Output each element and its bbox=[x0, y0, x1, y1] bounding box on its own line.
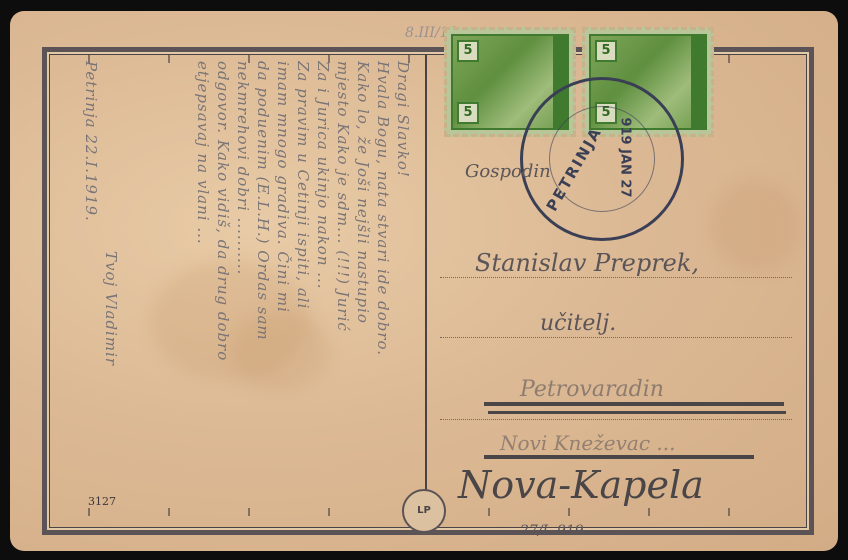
message-line: Za i Jurica ukinjo nakon ... bbox=[314, 61, 332, 290]
strikethrough bbox=[484, 455, 754, 459]
postmark-date: 919 JAN 27 bbox=[618, 117, 633, 197]
address-struck-2: Novi Kneževac ... bbox=[500, 431, 675, 455]
message-line: Za pravim u Cetinji ispiti, ali bbox=[294, 61, 312, 309]
strikethrough bbox=[484, 402, 784, 406]
address-title: učitelj. bbox=[540, 311, 616, 336]
address-name: Stanislav Preprek, bbox=[475, 249, 699, 277]
message-line: etjepsavaj na vlani ... bbox=[194, 61, 212, 245]
message-line: Hvala Bogu, nata stvari ide dobro. bbox=[374, 61, 392, 356]
card-number: 3127 bbox=[88, 495, 116, 508]
center-divider bbox=[425, 55, 427, 515]
address-struck-1: Petrovaradin bbox=[520, 377, 664, 402]
address-line bbox=[440, 277, 792, 278]
signature: Tvoj Vladimir bbox=[102, 251, 120, 366]
message-line: imam mnogo gradiva. Čini mi bbox=[274, 61, 292, 313]
address-line bbox=[440, 419, 792, 420]
stamp-value: 5 bbox=[457, 102, 479, 124]
message-line: da poduenim (E.L.H.) Ordas sam bbox=[254, 61, 272, 341]
postcard: 8.III/18 Dragi Slavko! Hvala Bogu, nata … bbox=[10, 11, 838, 551]
address-line bbox=[440, 337, 792, 338]
stamp-value: 5 bbox=[457, 40, 479, 62]
address-replacement: Nova-Kapela bbox=[458, 463, 704, 507]
place-date: Petrinja 22.I.1919. bbox=[82, 61, 100, 222]
message-line: mjesto Kako je sdm... (!!!) Jurić bbox=[334, 61, 352, 332]
stamp-value: 5 bbox=[595, 40, 617, 62]
address-salutation: Gospodin bbox=[465, 161, 551, 182]
forwarding-date: 27/I. 919. bbox=[520, 523, 588, 539]
postmark: PETRINJA 919 JAN 27 bbox=[520, 77, 684, 241]
handwritten-message: Dragi Slavko! Hvala Bogu, nata stvari id… bbox=[70, 61, 420, 516]
publisher-logo: LP bbox=[402, 489, 446, 533]
message-line: odgovor. Kako vidiš, da drug dobro bbox=[214, 61, 232, 361]
message-line: nekmrehovi dobri .......... bbox=[234, 61, 252, 275]
message-line: Kako lo, že Joši nejšli nastupio bbox=[354, 61, 372, 324]
stamp-side-label bbox=[691, 34, 707, 130]
strikethrough bbox=[488, 411, 786, 414]
message-line: Dragi Slavko! bbox=[394, 61, 412, 178]
